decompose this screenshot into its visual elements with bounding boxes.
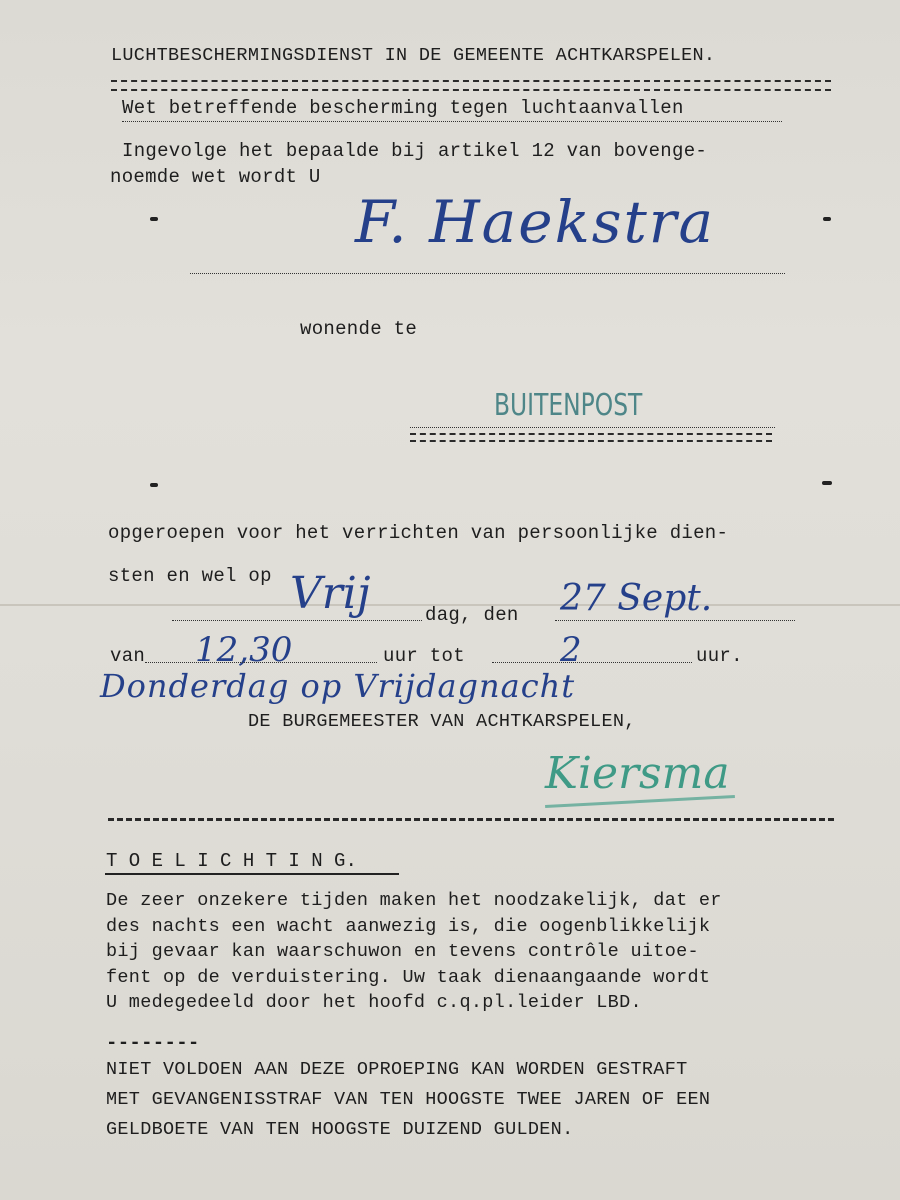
day-label: dag, den [425,604,519,626]
residence-label: wonende te [300,318,417,340]
warning-line: MET GEVANGENISSTRAF VAN TEN HOOGSTE TWEE… [106,1085,710,1115]
signatory-title: DE BURGEMEESTER VAN ACHTKARSPELEN, [248,711,636,732]
from-time-field-line [145,662,377,663]
explanation-line: U medegedeeld door het hoofd c.q.pl.leid… [106,990,722,1016]
from-time-handwritten: 12,30 [195,630,292,670]
residence-stamp: BUITENPOST [494,388,642,423]
explanation-line: De zeer onzekere tijden maken het noodza… [106,888,722,914]
explanation-line: fent op de verduistering. Uw taak dienaa… [106,965,722,991]
mayor-signature: Kiersma [545,748,730,799]
double-rule-divider [111,80,831,91]
intro-line-1: Ingevolge het bepaalde bij artikel 12 va… [122,140,707,162]
section-divider [108,818,834,821]
subheader-underline [122,121,782,122]
name-field-handwritten: F. Haekstra [355,188,715,256]
from-label: van [110,645,145,667]
intro-line-2: noemde wet wordt U [110,166,321,188]
note-handwritten: Donderdag op Vrijdagnacht [100,667,575,705]
explanation-line: des nachts een wacht aanwezig is, die oo… [106,914,722,940]
field-marker-right [823,217,831,221]
to-time-field-line [492,662,692,663]
law-subheader: Wet betreffende bescherming tegen luchta… [122,97,684,119]
end-label: uur. [696,645,743,667]
field-marker-left [150,483,158,487]
residence-double-rule [410,433,772,442]
warning-line: GELDBOETE VAN TEN HOOGSTE DUIZEND GULDEN… [106,1115,710,1145]
short-dash-divider: -------- [106,1032,200,1054]
document-header: LUCHTBESCHERMINGSDIENST IN DE GEMEENTE A… [111,45,715,66]
called-line-1: opgeroepen voor het verrichten van perso… [108,522,728,544]
warning-text: NIET VOLDOEN AAN DEZE OPROEPING KAN WORD… [106,1055,710,1145]
warning-line: NIET VOLDOEN AAN DEZE OPROEPING KAN WORD… [106,1055,710,1085]
day-field-line [172,620,422,621]
residence-field-line [410,427,775,428]
to-time-handwritten: 2 [560,630,582,670]
section-title-underline [105,873,399,875]
field-marker-right [822,481,832,485]
section-title: T O E L I C H T I N G. [106,850,357,872]
name-field-line [190,273,785,274]
date-field-line [555,620,795,621]
called-line-2: sten en wel op [108,565,272,587]
explanation-line: bij gevaar kan waarschuwon en tevens con… [106,939,722,965]
day-handwritten: Vrij [290,568,371,619]
to-label: uur tot [383,645,465,667]
field-marker-left [150,217,158,221]
explanation-text: De zeer onzekere tijden maken het noodza… [106,888,722,1016]
date-handwritten: 27 Sept. [560,578,712,619]
